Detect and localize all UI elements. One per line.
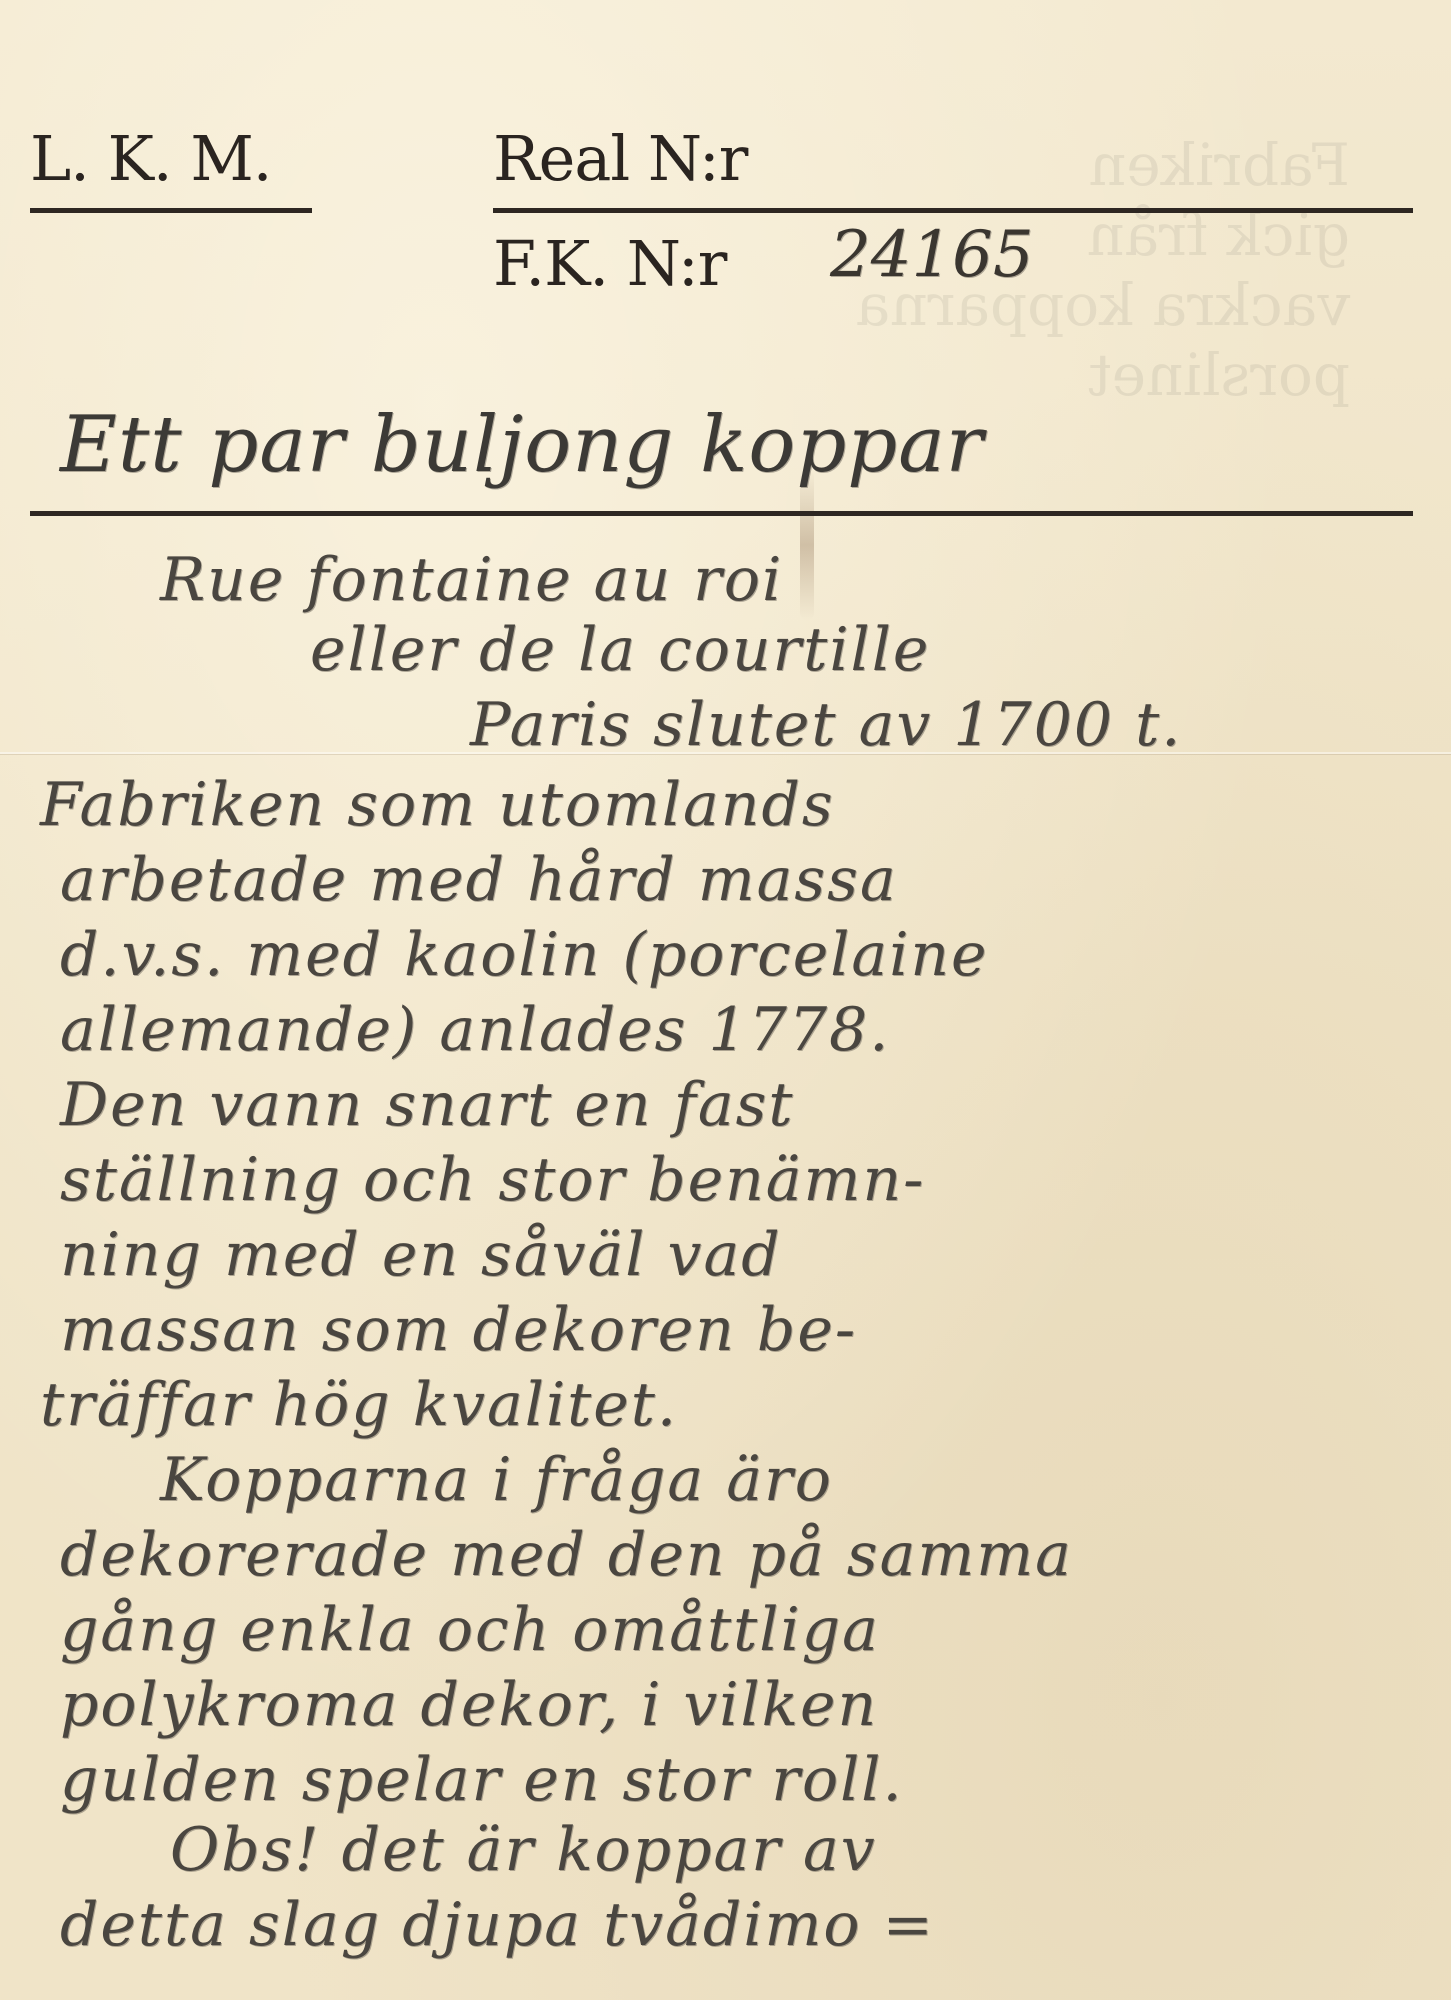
body-line: ställning och stor benämn- — [60, 1145, 925, 1215]
body-line: dekorerade med den på samma — [60, 1520, 1073, 1590]
body-line: ning med en såväl vad — [60, 1220, 782, 1290]
body-line: Kopparna i fråga äro — [160, 1445, 833, 1515]
body-line: allemande) anlades 1778. — [60, 995, 890, 1065]
ink-stain — [800, 470, 814, 620]
catalogue-card: Fabriken gick från vackra kopparna porsl… — [0, 0, 1451, 2000]
body-line: detta slag djupa tvådimo = — [60, 1890, 935, 1960]
real-number-label: Real N:r — [493, 122, 747, 195]
fk-number-value: 24165 — [830, 218, 1034, 292]
body-line: polykroma dekor, i vilken — [60, 1670, 878, 1740]
real-number-rule — [493, 208, 1413, 213]
body-line: eller de la courtille — [310, 615, 930, 685]
body-line: massan som dekoren be- — [60, 1295, 857, 1365]
body-line: Paris slutet av 1700 t. — [470, 690, 1182, 760]
body-line: Obs! det är koppar av — [170, 1815, 877, 1885]
body-line: träffar hög kvalitet. — [40, 1370, 678, 1440]
body-line: gång enkla och omåttliga — [60, 1595, 880, 1665]
body-line: Rue fontaine au roi — [160, 545, 783, 615]
body-line: arbetade med hård massa — [60, 845, 898, 915]
museum-label: L. K. M. — [30, 122, 272, 195]
body-line: Den vann snart en fast — [60, 1070, 795, 1140]
body-line: d.v.s. med kaolin (porcelaine — [60, 920, 989, 990]
fk-number-label: F.K. N:r — [493, 227, 726, 300]
body-line: gulden spelar en stor roll. — [60, 1745, 904, 1815]
title-rule — [30, 511, 1413, 516]
museum-label-rule — [30, 208, 312, 213]
object-title: Ett par buljong koppar — [60, 400, 984, 490]
body-line: Fabriken som utomlands — [40, 770, 835, 840]
